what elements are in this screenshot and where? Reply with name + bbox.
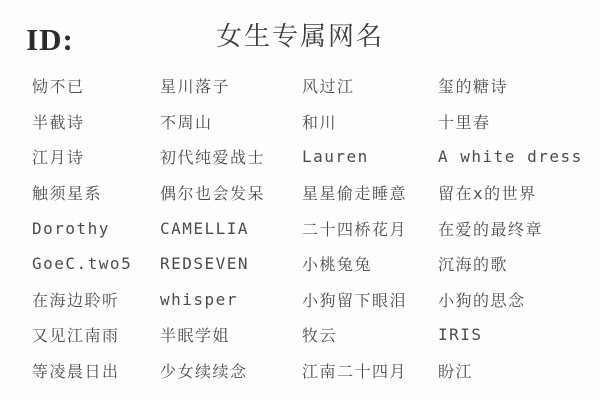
- name-item: 初代纯爱战士: [160, 145, 302, 168]
- name-item: 星川落子: [160, 74, 302, 97]
- name-item: 小桃兔兔: [302, 252, 438, 275]
- name-item: 风过江: [302, 74, 438, 97]
- name-item: CAMELLIA: [160, 219, 302, 238]
- name-item: 星星偷走睡意: [302, 181, 438, 204]
- name-item: 牧云: [302, 323, 438, 346]
- name-item: IRIS: [438, 325, 598, 344]
- name-item: 小狗的思念: [438, 288, 598, 311]
- name-item: Lauren: [302, 147, 438, 166]
- name-item: 玺的糖诗: [438, 74, 598, 97]
- name-item: 等凌晨日出: [32, 359, 160, 382]
- name-item: 不周山: [160, 110, 302, 133]
- name-item: GoeC.two5: [32, 254, 160, 273]
- name-item: 留在x的世界: [438, 181, 598, 204]
- name-item: 小狗留下眼泪: [302, 288, 438, 311]
- name-item: 半眠学姐: [160, 323, 302, 346]
- name-item: 又见江南雨: [32, 323, 160, 346]
- name-item: 和川: [302, 110, 438, 133]
- name-item: 恸不已: [32, 74, 160, 97]
- name-item: A white dress: [438, 147, 598, 166]
- name-item: 触须星系: [32, 181, 160, 204]
- name-item: 半截诗: [32, 110, 160, 133]
- name-list-page: ID: 女生专属网名 恸不已 半截诗 江月诗 触须星系 Dorothy GoeC…: [0, 0, 600, 400]
- name-item: REDSEVEN: [160, 254, 302, 273]
- name-item: 盼江: [438, 359, 598, 382]
- page-title: 女生专属网名: [0, 16, 600, 53]
- names-grid: 恸不已 半截诗 江月诗 触须星系 Dorothy GoeC.two5 在海边聆听…: [32, 68, 598, 388]
- name-item: 江月诗: [32, 145, 160, 168]
- name-item: 在爱的最终章: [438, 217, 598, 240]
- name-item: whisper: [160, 290, 302, 309]
- name-item: 沉海的歌: [438, 252, 598, 275]
- name-item: 十里春: [438, 110, 598, 133]
- name-item: 江南二十四月: [302, 359, 438, 382]
- name-item: 在海边聆听: [32, 288, 160, 311]
- name-item: 少女续续念: [160, 359, 302, 382]
- name-item: 二十四桥花月: [302, 217, 438, 240]
- name-item: Dorothy: [32, 219, 160, 238]
- name-item: 偶尔也会发呆: [160, 181, 302, 204]
